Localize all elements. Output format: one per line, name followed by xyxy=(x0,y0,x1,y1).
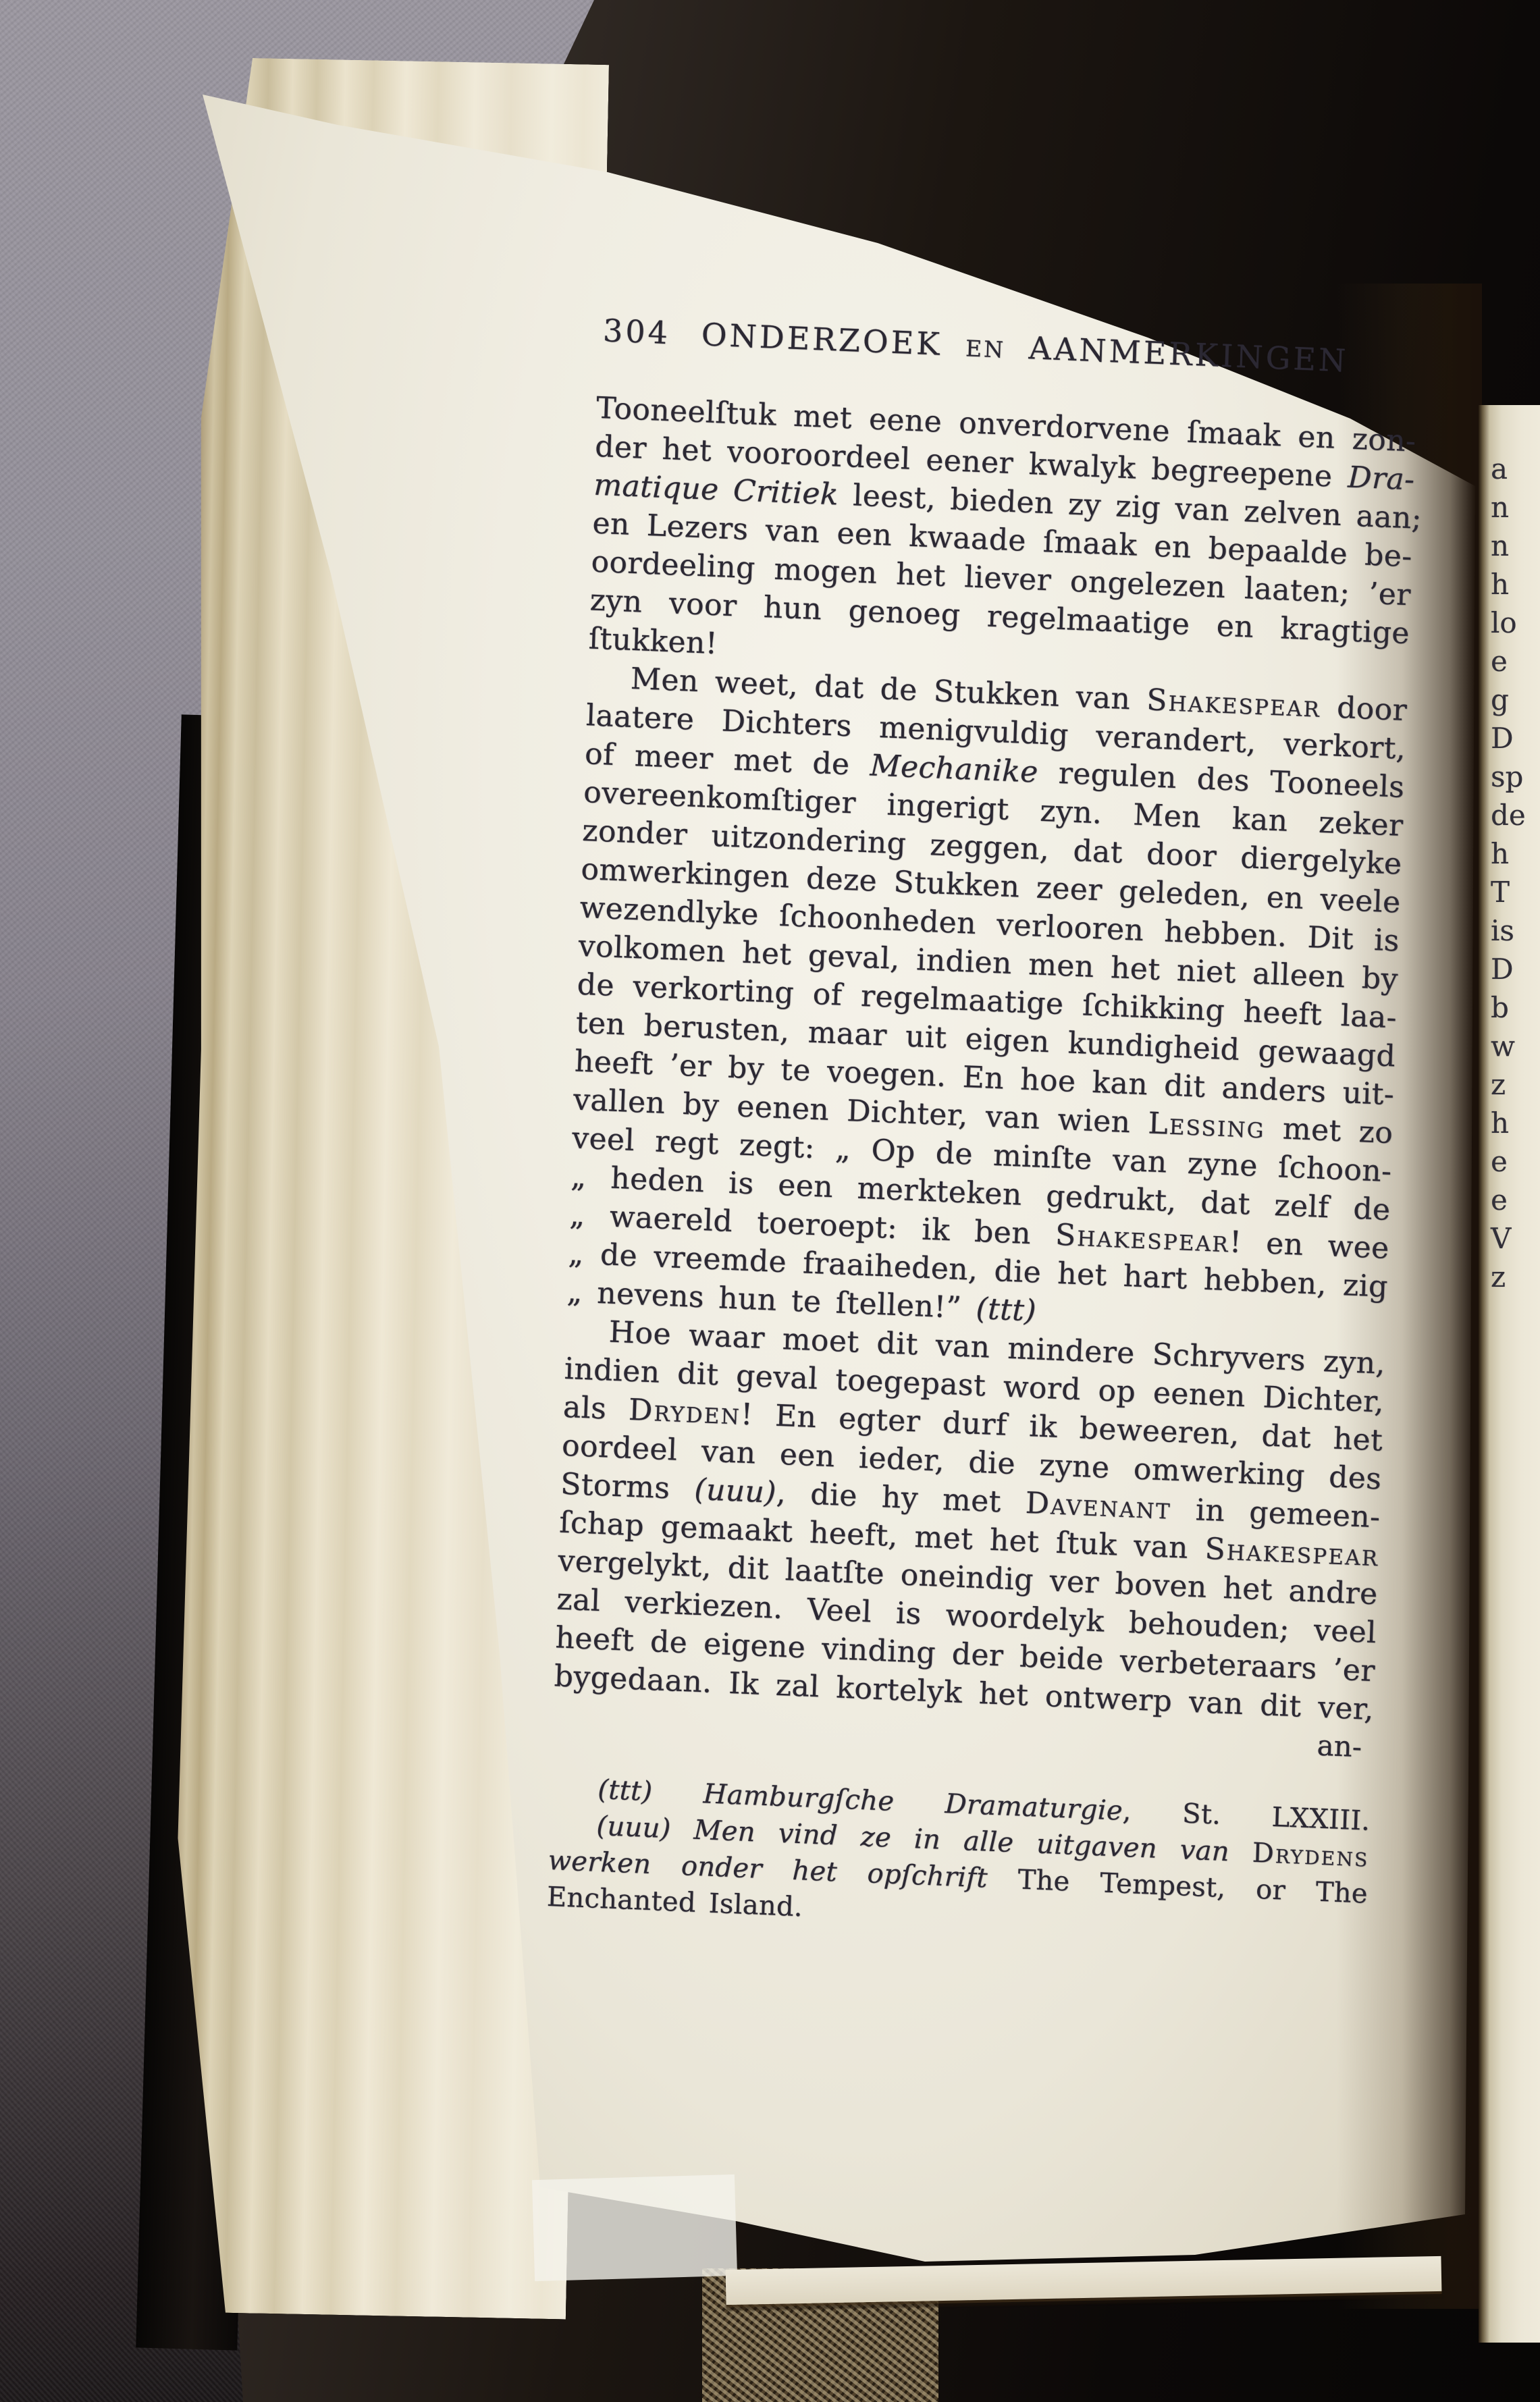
facing-page-text-fragment: h xyxy=(1491,1106,1540,1140)
facing-page-text-fragment: h xyxy=(1491,837,1540,870)
page-body: Tooneelſtuk met eene onverdorvene ſmaak … xyxy=(554,389,1416,1729)
facing-page-text-fragment: e xyxy=(1491,1183,1540,1217)
text-segment: in gemeen- xyxy=(1171,1492,1381,1535)
paper-slip xyxy=(532,2174,737,2281)
text-segment: Dryden xyxy=(628,1393,741,1432)
text-segment: ſtukken! xyxy=(588,621,718,661)
text-segment: Mechanike xyxy=(870,748,1039,789)
facing-page-text-fragment: T xyxy=(1491,876,1540,909)
facing-page-text-fragment: z xyxy=(1491,1260,1540,1293)
facing-page-text-fragment: w xyxy=(1491,1030,1540,1063)
facing-page-text-fragment: de xyxy=(1491,799,1540,832)
printed-text-block: 304 ONDERZOEK en AANMERKINGEN Tooneelſtu… xyxy=(546,312,1419,1949)
text-segment: Enchanted Island. xyxy=(546,1881,803,1923)
facing-page-text-fragment: D xyxy=(1491,953,1540,986)
facing-page-text-fragment: D xyxy=(1491,722,1540,755)
book-photograph: { "colors":{"ink":"#2b2833","paper":"#ef… xyxy=(0,0,1540,2402)
facing-page-sliver: annhloegDspdehTisDbwzheeVz xyxy=(1479,405,1540,2343)
paragraph: Tooneelſtuk met eene onverdorvene ſmaak … xyxy=(588,389,1416,691)
facing-page-text-fragment: V xyxy=(1491,1222,1540,1255)
facing-page-text-fragment: z xyxy=(1491,1068,1540,1101)
facing-page-text-fragment: g xyxy=(1491,683,1540,716)
paper-slip xyxy=(726,2256,1442,2305)
text-segment: Davenant xyxy=(1025,1486,1172,1526)
facing-page-text-fragment: n xyxy=(1491,491,1540,524)
text-segment: Shakespear xyxy=(1204,1532,1380,1574)
text-segment: als xyxy=(562,1390,629,1427)
text-segment: Shakespear xyxy=(1055,1218,1230,1260)
facing-page-text-fragment: is xyxy=(1491,914,1540,947)
text-segment: Drydens xyxy=(1252,1838,1369,1873)
facing-page-text-fragment: lo xyxy=(1491,606,1540,639)
text-segment: Dra- xyxy=(1348,460,1416,498)
text-segment: Storms xyxy=(560,1467,695,1507)
text-segment: (uuu) xyxy=(694,1472,777,1510)
facing-page-text-fragment: sp xyxy=(1491,760,1540,793)
facing-page-text-fragment: b xyxy=(1491,991,1540,1024)
facing-page-text-fragment: h xyxy=(1491,568,1540,601)
paragraph: Men weet, dat de Stukken van Shakespear … xyxy=(566,658,1408,1345)
facing-page-text-fragment: e xyxy=(1491,1145,1540,1178)
facing-page-text-fragment: e xyxy=(1491,645,1540,678)
text-segment: door xyxy=(1320,690,1408,728)
text-segment: Shakespear xyxy=(1146,683,1321,724)
page-number: 304 xyxy=(602,312,671,351)
facing-page-text-fragment: n xyxy=(1491,529,1540,562)
text-segment: met zo xyxy=(1265,1111,1393,1150)
text-segment: ! en wee xyxy=(1229,1225,1389,1266)
facing-page-text-fragment: a xyxy=(1491,452,1540,485)
text-segment: Lessing xyxy=(1148,1106,1266,1145)
text-segment: (ttt) xyxy=(976,1291,1037,1329)
paragraph: Hoe waar moet dit van mindere Schryvers … xyxy=(554,1311,1386,1729)
